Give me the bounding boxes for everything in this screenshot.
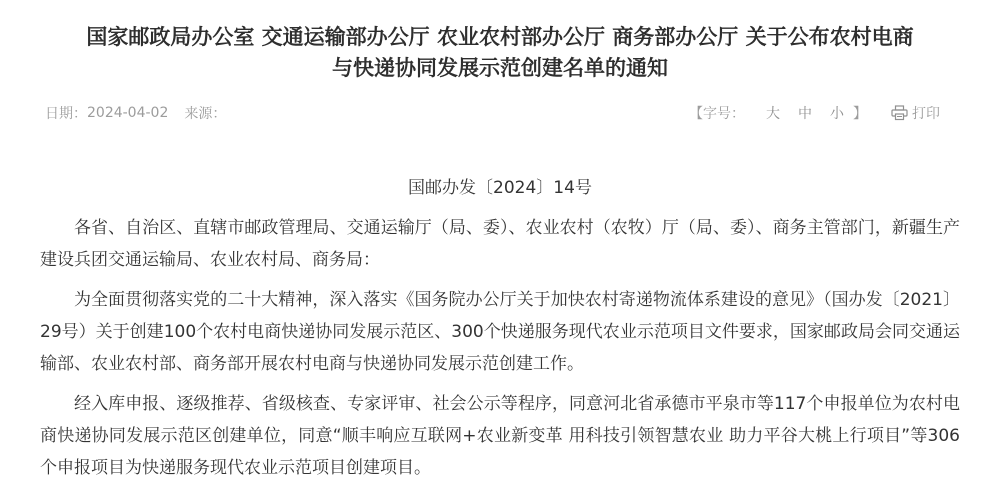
printer-icon [891, 105, 908, 121]
paragraph-background: 为全面贯彻落实党的二十大精神，深入落实《国务院办公厅关于加快农村寄递物流体系建设… [40, 284, 960, 380]
date-label: 日期： [45, 103, 87, 123]
meta-bar: 日期： 2024-04-02 来源： 【字号： 大 中 小 】 打印 [40, 102, 960, 124]
page-title-line-1: 国家邮政局办公室 交通运输部办公厅 农业农村部办公厅 商务部办公厅 关于公布农村… [40, 22, 960, 53]
paragraph-results: 经入库申报、逐级推荐、省级核查、专家评审、社会公示等程序，同意河北省承德市平泉市… [40, 388, 960, 484]
meta-date-source: 日期： 2024-04-02 来源： [45, 103, 226, 123]
print-button-label: 打印 [912, 103, 940, 123]
fontsize-small-button[interactable]: 小 [830, 103, 844, 123]
paragraph-addressees: 各省、自治区、直辖市邮政管理局、交通运输厅（局、委）、农业农村（农牧）厅（局、委… [40, 212, 960, 276]
fontsize-label: 【字号： [689, 103, 745, 123]
source-label: 来源： [184, 103, 226, 123]
document-number: 国邮办发〔2024〕14号 [40, 176, 960, 200]
print-button[interactable]: 打印 [891, 103, 940, 123]
fontsize-label-suffix: 】 [853, 103, 867, 123]
page-title-line-2: 与快递协同发展示范创建名单的通知 [40, 53, 960, 84]
fontsize-large-button[interactable]: 大 [766, 103, 780, 123]
fontsize-medium-button[interactable]: 中 [798, 103, 812, 123]
document-body: 各省、自治区、直辖市邮政管理局、交通运输厅（局、委）、农业农村（农牧）厅（局、委… [40, 212, 960, 484]
page-title: 国家邮政局办公室 交通运输部办公厅 农业农村部办公厅 商务部办公厅 关于公布农村… [40, 22, 960, 84]
meta-tools: 【字号： 大 中 小 】 打印 [689, 103, 940, 123]
document-page: 国家邮政局办公室 交通运输部办公厅 农业农村部办公厅 商务部办公厅 关于公布农村… [0, 0, 1000, 484]
date-value: 2024-04-02 [87, 105, 168, 121]
